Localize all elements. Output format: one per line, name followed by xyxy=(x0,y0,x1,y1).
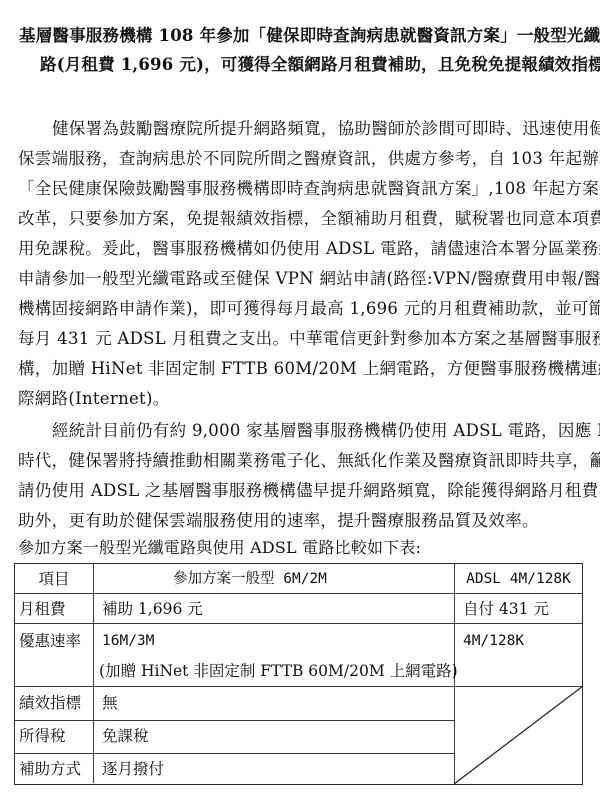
row-plan-speed-note: (加贈 HiNet 非固定制 FTTB 60M/20M 上網電路) xyxy=(94,661,454,681)
row-divider xyxy=(15,720,454,721)
row-plan-speed: 16M/3M xyxy=(94,631,454,651)
document-title-line-1: 基層醫事服務機構 108 年參加「健保即時查詢病患就醫資訊方案」一般型光纖網 xyxy=(19,26,600,46)
paragraph-line: 際網路(Internet)。 xyxy=(18,389,582,409)
row-item-income-tax: 所得稅 xyxy=(15,726,93,746)
paragraph-line: 保雲端服務，查詢病患於不同院所間之醫療資訊，供處方參考，自 103 年起辦理 xyxy=(18,149,582,169)
row-divider xyxy=(15,623,582,624)
row-item-performance: 績效指標 xyxy=(15,693,93,713)
row-plan-monthly-fee: 補助 1,696 元 xyxy=(94,599,454,619)
row-adsl-monthly-fee: 自付 431 元 xyxy=(455,599,582,619)
paragraph-line: 健保署為鼓勵醫療院所提升網路頻寬，協助醫師於診間可即時、迅速使用健 xyxy=(52,119,582,139)
row-item-speed: 優惠速率 xyxy=(15,631,93,651)
header-plan: 參加方案一般型 6M/2M xyxy=(165,569,445,589)
header-item: 項目 xyxy=(15,569,93,589)
row-item-monthly-fee: 月租費 xyxy=(15,599,93,619)
paragraph-line: 構，加贈 HiNet 非固定制 FTTB 60M/20M 上網電路，方便醫事服務… xyxy=(18,359,582,379)
paragraph-line: 「全民健康保險鼓勵醫事服務機構即時查詢病患就醫資訊方案」,108 年起方案大 xyxy=(18,179,582,199)
paragraph-line: 經統計目前仍有約 9,000 家基層醫事服務機構仍使用 ADSL 電路，因應 E… xyxy=(52,421,582,441)
paragraph-line: 每月 431 元 ADSL 月租費之支出。中華電信更針對參加本方案之基層醫事服務… xyxy=(18,329,582,349)
comparison-table: 項目 參加方案一般型 6M/2M ADSL 4M/128K 月租費 補助 1,6… xyxy=(14,563,583,785)
paragraph-line: 助外，更有助於健保雲端服務使用的速率，提升醫療服務品質及效率。 xyxy=(18,511,582,531)
paragraph-line: 請仍使用 ADSL 之基層醫事服務機構儘早提升網路頻寬，除能獲得網路月租費補 xyxy=(18,481,582,501)
table-caption: 參加方案一般型光纖電路與使用 ADSL 電路比較如下表: xyxy=(18,538,421,558)
paragraph-line: 時代，健保署將持續推動相關業務電子化、無紙化作業及醫療資訊即時共享，籲 xyxy=(18,451,582,471)
header-adsl: ADSL 4M/128K xyxy=(455,569,582,589)
row-plan-income-tax: 免課稅 xyxy=(94,726,454,746)
paragraph-line: 改革，只要參加方案，免提報績效指標，全額補助月租費，賦稅署也同意本項費 xyxy=(18,209,582,229)
row-plan-performance: 無 xyxy=(94,693,454,713)
not-applicable-diagonal-icon xyxy=(454,686,584,785)
paragraph-line: 申請參加一般型光纖電路或至健保 VPN 網站申請(路徑:VPN/醫療費用申報/醫… xyxy=(18,269,582,289)
document-title-line-2: 路(月租費 1,696 元)，可獲得全額網路月租費補助，且免稅免提報績效指標 xyxy=(40,55,600,75)
row-item-subsidy-method: 補助方式 xyxy=(15,759,93,779)
paragraph-line: 用免課稅。爰此，醫事服務機構如仍使用 ADSL 電路，請儘速洽本署分區業務組 xyxy=(18,239,582,259)
paragraph-line: 機構固接網路申請作業)，即可獲得每月最高 1,696 元的月租費補助款，並可節省 xyxy=(18,299,582,319)
row-plan-subsidy-method: 逐月撥付 xyxy=(94,759,454,779)
row-divider xyxy=(15,753,454,754)
row-divider xyxy=(15,593,582,594)
row-adsl-speed: 4M/128K xyxy=(455,631,582,651)
